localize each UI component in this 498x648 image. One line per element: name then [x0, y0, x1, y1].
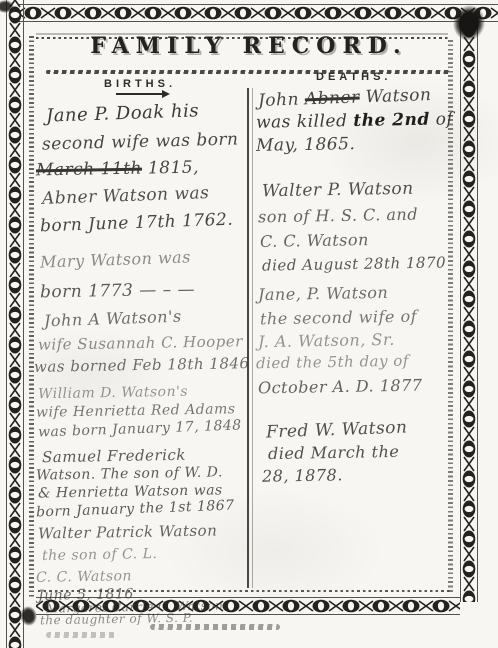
birth-record-line: C. C. Watson [36, 568, 132, 586]
birth-record-line: John A Watson's [44, 307, 182, 331]
death-record-line: died the 5th day of [256, 352, 409, 373]
birth-record-line: Jane P. Doak his [46, 100, 200, 126]
birth-record-line: Watson. The son of W. D. [36, 464, 223, 483]
chain-border-right [460, 14, 478, 602]
death-record-line: John Abner Watson [258, 85, 432, 111]
birth-record-line: born June 17th 1762. [40, 210, 234, 237]
overwritten-dark-text: the 2nd [353, 110, 430, 131]
struck-text: March 11th [36, 159, 142, 181]
births-column-heading: BIRTHS. [104, 78, 176, 90]
death-record-line: died March the [268, 442, 400, 463]
death-record-line: Walter P. Watson [262, 179, 414, 202]
death-record-line: May, 1865. [256, 134, 356, 156]
death-record-line: October A. D. 1877 [258, 376, 423, 398]
death-record-line: C. C. Watson [260, 230, 369, 251]
death-record-line: J. A. Watson, Sr. [258, 330, 395, 351]
arrow-icon [116, 93, 164, 95]
birth-record-line: William D. Watson's [38, 384, 188, 403]
family-record-page: FAMILY RECORD. BIRTHS. DEATHS. Jane P. D… [0, 0, 498, 648]
chain-border-top [18, 4, 498, 22]
death-text: was killed [256, 111, 354, 133]
chain-border-left [6, 0, 24, 648]
death-name-text: John [258, 89, 306, 111]
death-record-line: Jane, P. Watson [258, 283, 389, 304]
page-title: FAMILY RECORD. [0, 33, 498, 59]
faint-scribble [150, 624, 280, 630]
birth-record-line: second wife was born [42, 129, 239, 154]
death-record-line: was killed the 2nd of [256, 109, 454, 132]
faint-scribble [46, 632, 116, 638]
birth-record-line: Walter Patrick Watson [38, 521, 218, 542]
birth-record-line: was borned Feb 18th 1846 [34, 354, 250, 376]
birth-record-line: born 1773 — – — [40, 280, 195, 303]
inner-hatch-border-left [29, 36, 34, 598]
birth-record-line: the son of C. L. [42, 546, 158, 564]
column-divider-rule [247, 88, 253, 588]
death-name-text: Watson [359, 85, 431, 107]
birth-record-line: wife Susannah C. Hooper [38, 332, 243, 354]
deaths-column-heading: DEATHS. [316, 71, 391, 83]
birth-record-line: Abner Watson was [42, 183, 210, 209]
death-record-line: the second wife of [260, 307, 417, 329]
death-text: of [430, 109, 454, 129]
death-record-line: son of H. S. C. and [258, 205, 418, 227]
death-record-line: died August 28th 1870 [262, 253, 446, 274]
birth-record-line: Samuel Frederick [42, 446, 186, 467]
struck-text: Abner [305, 87, 360, 109]
death-record-line: Fred W. Watson [266, 418, 408, 443]
death-record-line: 28, 1878. [262, 465, 343, 485]
birth-record-line: Mary Watson was [40, 247, 191, 271]
birth-date-text: 1815, [142, 158, 199, 179]
birth-record-line: was born January 17, 1848 [38, 417, 242, 440]
birth-record-line: March 11th 1815, [36, 158, 199, 181]
